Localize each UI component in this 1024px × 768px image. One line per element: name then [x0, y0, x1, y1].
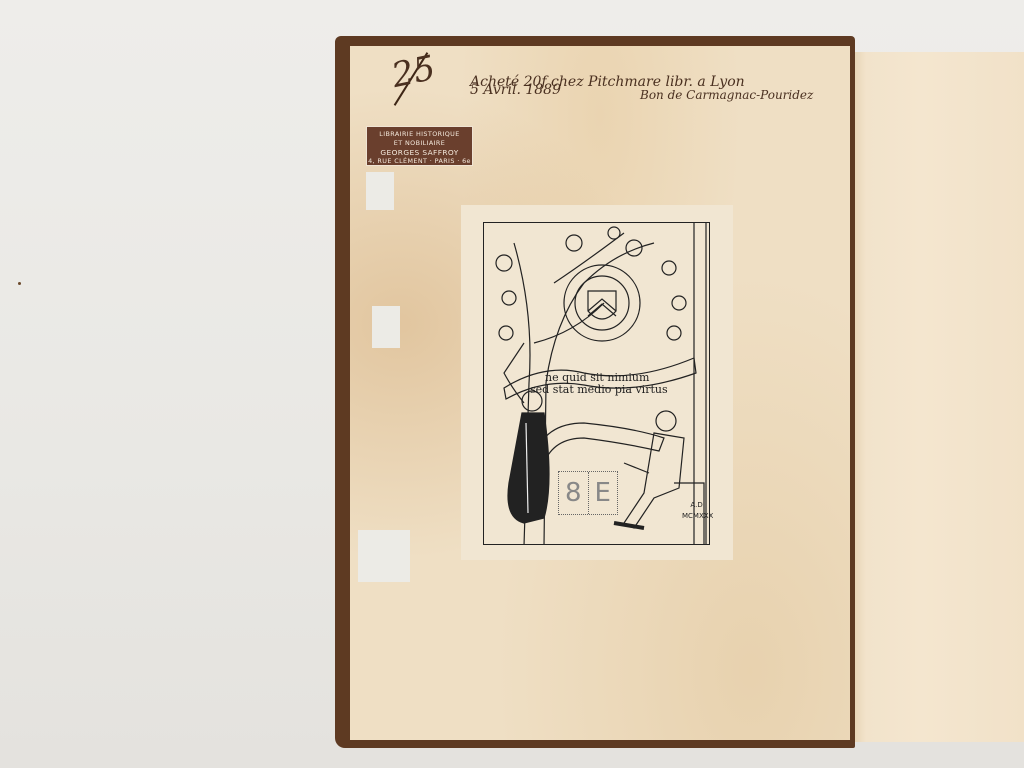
label-line2: ET NOBILIAIRE — [367, 139, 472, 148]
date-line2: MCMXXX — [682, 511, 713, 522]
date-line1: A.D. — [682, 500, 713, 511]
inscription-signature: Bon de Carmagnac-Pouridez — [640, 88, 813, 102]
paper-loss-patch — [358, 530, 410, 582]
label-line1: LIBRAIRIE HISTORIQUE — [367, 130, 472, 139]
flyleaf-page — [850, 52, 1024, 742]
paper-loss-patch — [372, 306, 400, 348]
bookplate-motto-line2: sed stat medio pia virtus — [530, 383, 668, 396]
paper-loss-patch — [366, 172, 394, 210]
shelfmark-letter: E — [588, 472, 618, 514]
label-line3: GEORGES SAFFROY — [367, 148, 472, 157]
inscription-date: 5 Avril. 1889 — [470, 82, 561, 98]
label-line4: 4, RUE CLÉMENT · PARIS · 6e — [367, 157, 472, 166]
table-speck — [18, 282, 21, 285]
bookplate-date: A.D. MCMXXX — [682, 500, 713, 522]
shelfmark-number: 8 — [559, 472, 588, 514]
bookseller-label: LIBRAIRIE HISTORIQUE ET NOBILIAIRE GEORG… — [366, 126, 473, 166]
shelfmark-box: 8 E — [558, 471, 618, 515]
